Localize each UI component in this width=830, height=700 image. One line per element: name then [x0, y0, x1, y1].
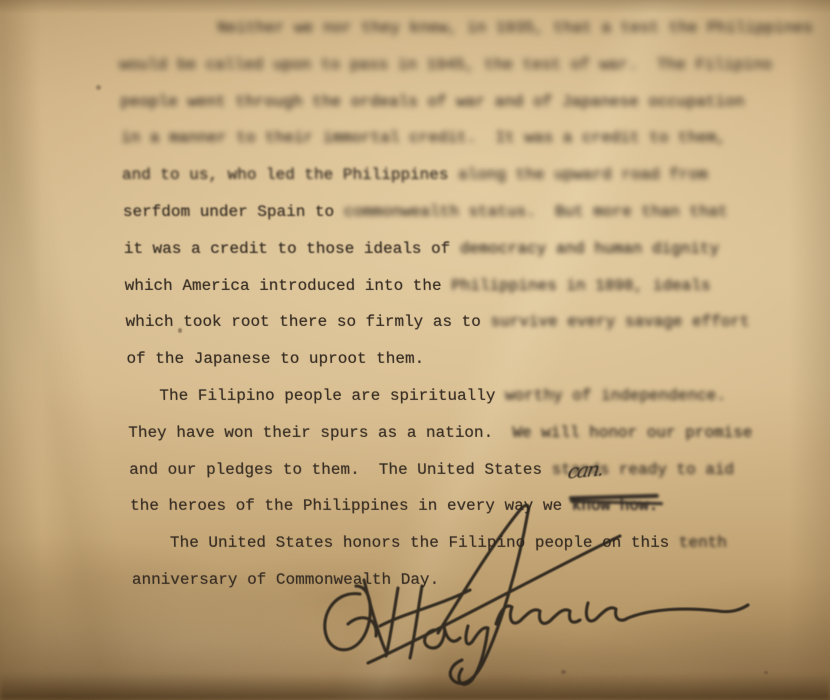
ink-speck	[561, 670, 566, 674]
typed-line: people went through the ordeals of war a…	[120, 84, 815, 121]
typed-line: Neither we nor they knew, in 1935, that …	[118, 10, 813, 47]
typed-text-segment: in a manner to their immortal credit. It…	[121, 120, 727, 157]
typed-line: The Filipino people are spiritually wort…	[127, 378, 822, 415]
document-photo: Neither we nor they knew, in 1935, that …	[0, 0, 830, 700]
typed-text-segment: which America introduced into the	[124, 268, 451, 305]
typed-text-segment: people went through the ordeals of war a…	[120, 84, 745, 121]
typed-text-segment: along the upward road from	[458, 157, 709, 194]
typed-line: They have won their spurs as a nation. W…	[128, 415, 823, 452]
typed-text-segment: would be called upon to pass in 1945, th…	[119, 47, 773, 84]
typed-line: of the Japanese to uproot them.	[126, 341, 821, 378]
ink-speck	[764, 671, 768, 674]
typed-text-segment: worthy of independence.	[505, 378, 727, 415]
typed-text-segment: and to us, who led the Philippines	[122, 157, 459, 194]
typed-line: which took root there so firmly as to su…	[125, 304, 820, 341]
typed-text-segment: The Filipino people are spiritually	[159, 378, 506, 415]
typed-text-segment: it was a credit to those ideals of	[123, 231, 460, 268]
typed-line: would be called upon to pass in 1945, th…	[119, 47, 814, 84]
typed-text-segment: Neither we nor they knew, in 1935, that …	[217, 10, 813, 47]
typed-text-segment: and our pledges to them. The United Stat…	[129, 452, 552, 489]
typed-text-segment: We will honor our promise	[512, 415, 753, 452]
typed-text-segment: Philippines in 1898, ideals	[451, 268, 711, 305]
ink-speck	[96, 85, 101, 90]
typed-text-segment: serfdom under Spain to	[122, 194, 344, 231]
typed-text-segment: commonwealth status. But more than that	[343, 194, 728, 231]
typed-text-segment: survive every savage effort	[490, 304, 750, 341]
typed-line: and to us, who led the Philippines along…	[122, 157, 817, 194]
typed-line: it was a credit to those ideals of democ…	[123, 231, 818, 268]
ink-speck	[178, 328, 182, 333]
truman-signature	[288, 498, 758, 693]
typed-line: which America introduced into the Philip…	[124, 268, 819, 305]
typed-line: serfdom under Spain to commonwealth stat…	[122, 194, 817, 231]
handwritten-correction: can.	[566, 456, 604, 483]
typed-text-segment: They have won their spurs as a nation.	[128, 415, 513, 452]
typed-text-segment: democracy and human dignity	[459, 231, 719, 268]
typed-text-segment: of the Japanese to uproot them.	[126, 341, 425, 378]
typed-line: in a manner to their immortal credit. It…	[121, 120, 816, 157]
typed-text-segment: which took root there so firmly as to	[125, 304, 491, 341]
typed-line: and our pledges to them. The United Stat…	[129, 452, 824, 489]
